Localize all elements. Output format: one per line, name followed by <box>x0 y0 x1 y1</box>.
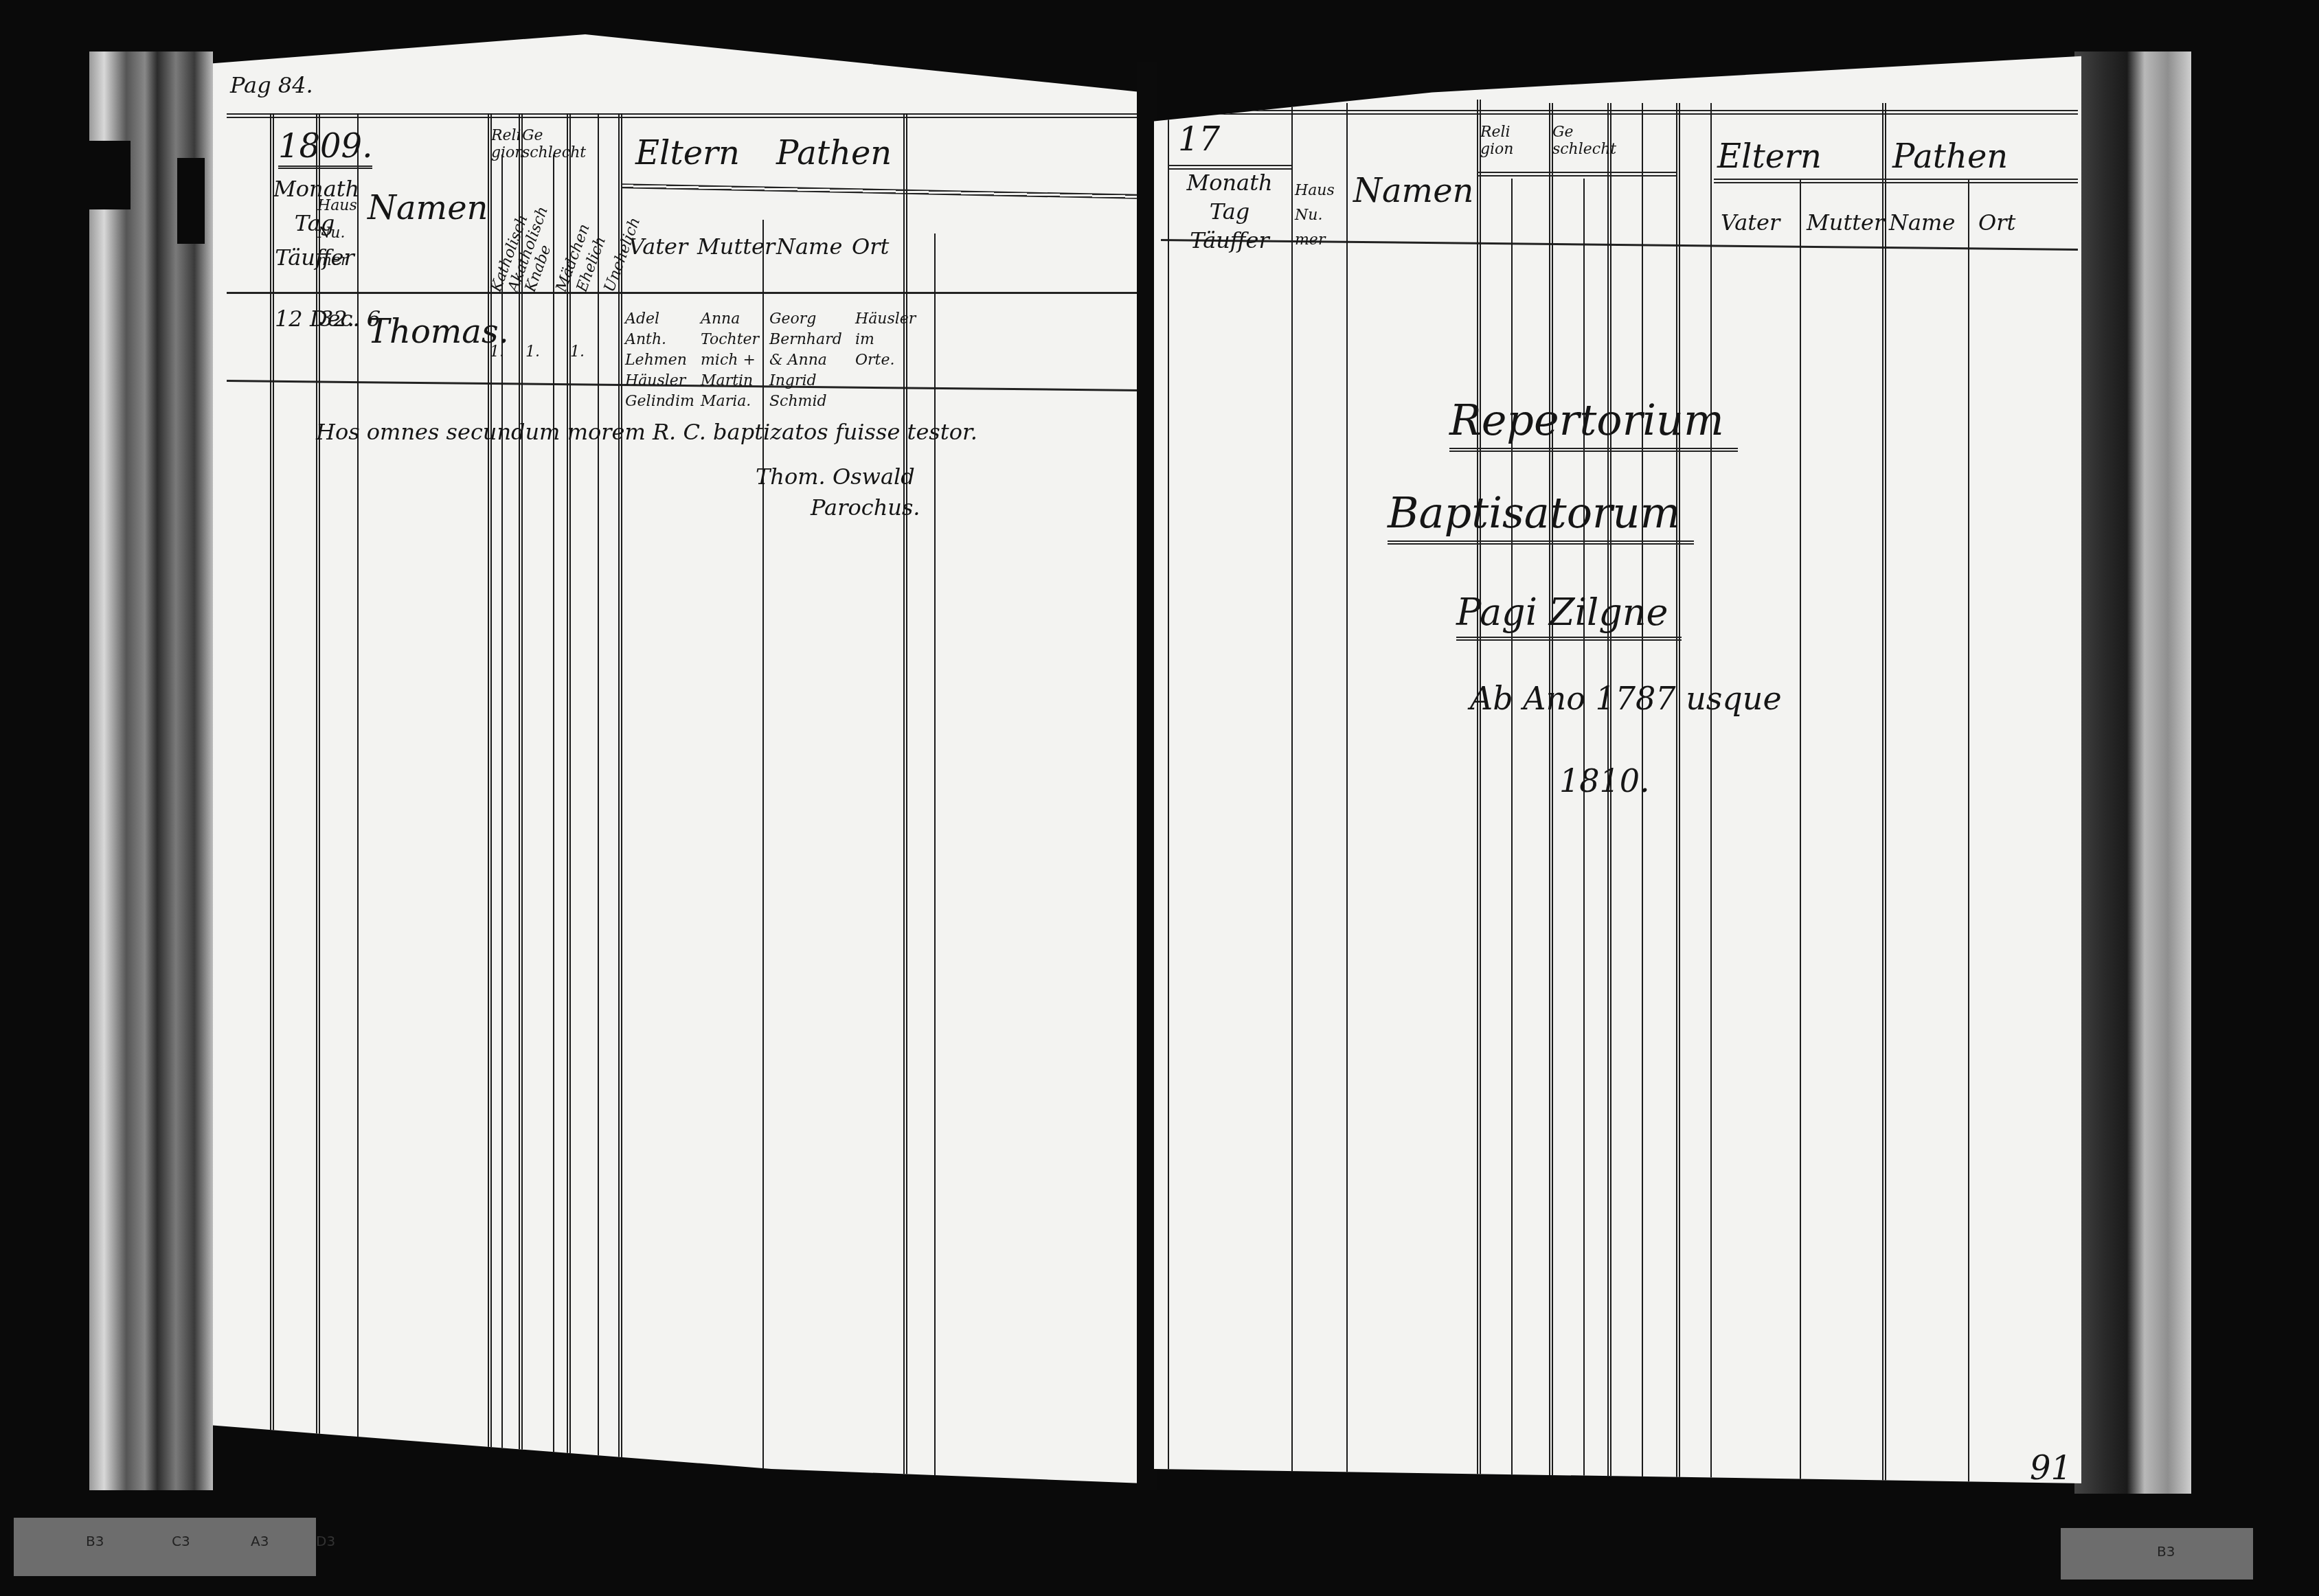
sex-header: Ge schlecht <box>1552 124 1600 158</box>
index-tab <box>89 141 131 209</box>
header-bottom-rule <box>227 292 1140 294</box>
religion-header: Reli gion <box>491 127 519 161</box>
entry-godparent-name: Georg Bernhard & Anna Ingrid Schmid <box>769 309 845 412</box>
godparent-place-header: Ort <box>1978 209 2015 236</box>
name-header: Namen <box>1353 172 1473 210</box>
title-parish: Pagi Zilgne <box>1456 591 1682 641</box>
entry-house-number: 32. <box>319 306 354 332</box>
godparents-header: Pathen <box>1892 137 2008 176</box>
godparent-place-header: Ort <box>852 233 889 260</box>
right-page: 17 Monath Tag Täuffer Haus Nu. mer Namen… <box>1154 34 2081 1483</box>
title-end-year: 1810. <box>1559 762 1650 799</box>
index-tab <box>177 158 205 244</box>
title-date-range: Ab Ano 1787 usque <box>1470 680 1782 717</box>
father-header: Vater <box>1721 209 1780 236</box>
year-heading: 17 <box>1178 120 1220 159</box>
signature-name: Thom. Oswald <box>756 464 915 490</box>
godparents-header: Pathen <box>776 134 892 172</box>
entry-sex: 1. <box>525 343 540 361</box>
parents-header: Eltern <box>635 134 740 172</box>
entry-mother: Anna Tochter mich + Martin Maria. <box>701 309 769 412</box>
closing-note: Hos omnes secundum morem R. C. baptizato… <box>316 419 977 445</box>
folio-number: 91 <box>2030 1449 2072 1487</box>
godparent-name-header: Name <box>1889 209 1955 236</box>
mother-header: Mutter <box>1807 209 1884 236</box>
religion-header: Reli gion <box>1480 124 1515 158</box>
book-edge-right <box>2074 52 2191 1494</box>
father-header: Vater <box>629 233 688 260</box>
title-repertorium: Repertorium <box>1449 395 1738 452</box>
parents-header: Eltern <box>1717 137 1822 176</box>
header-rule <box>227 113 1140 118</box>
godparent-name-header: Name <box>776 233 842 260</box>
calibration-ruler-left: B3 C3 A3 D3 <box>14 1518 316 1576</box>
name-header: Namen <box>367 189 488 227</box>
signature-title: Parochus. <box>811 494 920 521</box>
entry-legitimacy: 1. <box>570 343 585 361</box>
entry-name: Thomas. <box>367 312 509 351</box>
entry-religion: 1. <box>490 343 504 361</box>
page-number: Pag 84. <box>230 72 313 98</box>
entry-godparent-place: Häusler im Orte. <box>855 309 903 371</box>
calibration-ruler-right: B3 <box>2061 1528 2253 1580</box>
title-baptisatorum: Baptisatorum <box>1388 488 1694 545</box>
house-number-header: Haus Nu. mer <box>1295 179 1344 253</box>
entry-father: Adel Anth. Lehmen Häusler Gelindim <box>625 309 701 412</box>
house-number-header: Haus Nu. mer <box>317 192 357 275</box>
year-heading: 1809. <box>278 127 372 169</box>
left-page: Pag 84. 1809. Monath Tag Täuffer Haus Nu… <box>213 34 1144 1483</box>
sex-header: Ge schlecht <box>522 127 563 161</box>
mother-header: Mutter <box>697 233 775 260</box>
book-edge-left <box>89 52 213 1490</box>
date-header: Monath Tag Täuffer <box>1171 168 1288 255</box>
